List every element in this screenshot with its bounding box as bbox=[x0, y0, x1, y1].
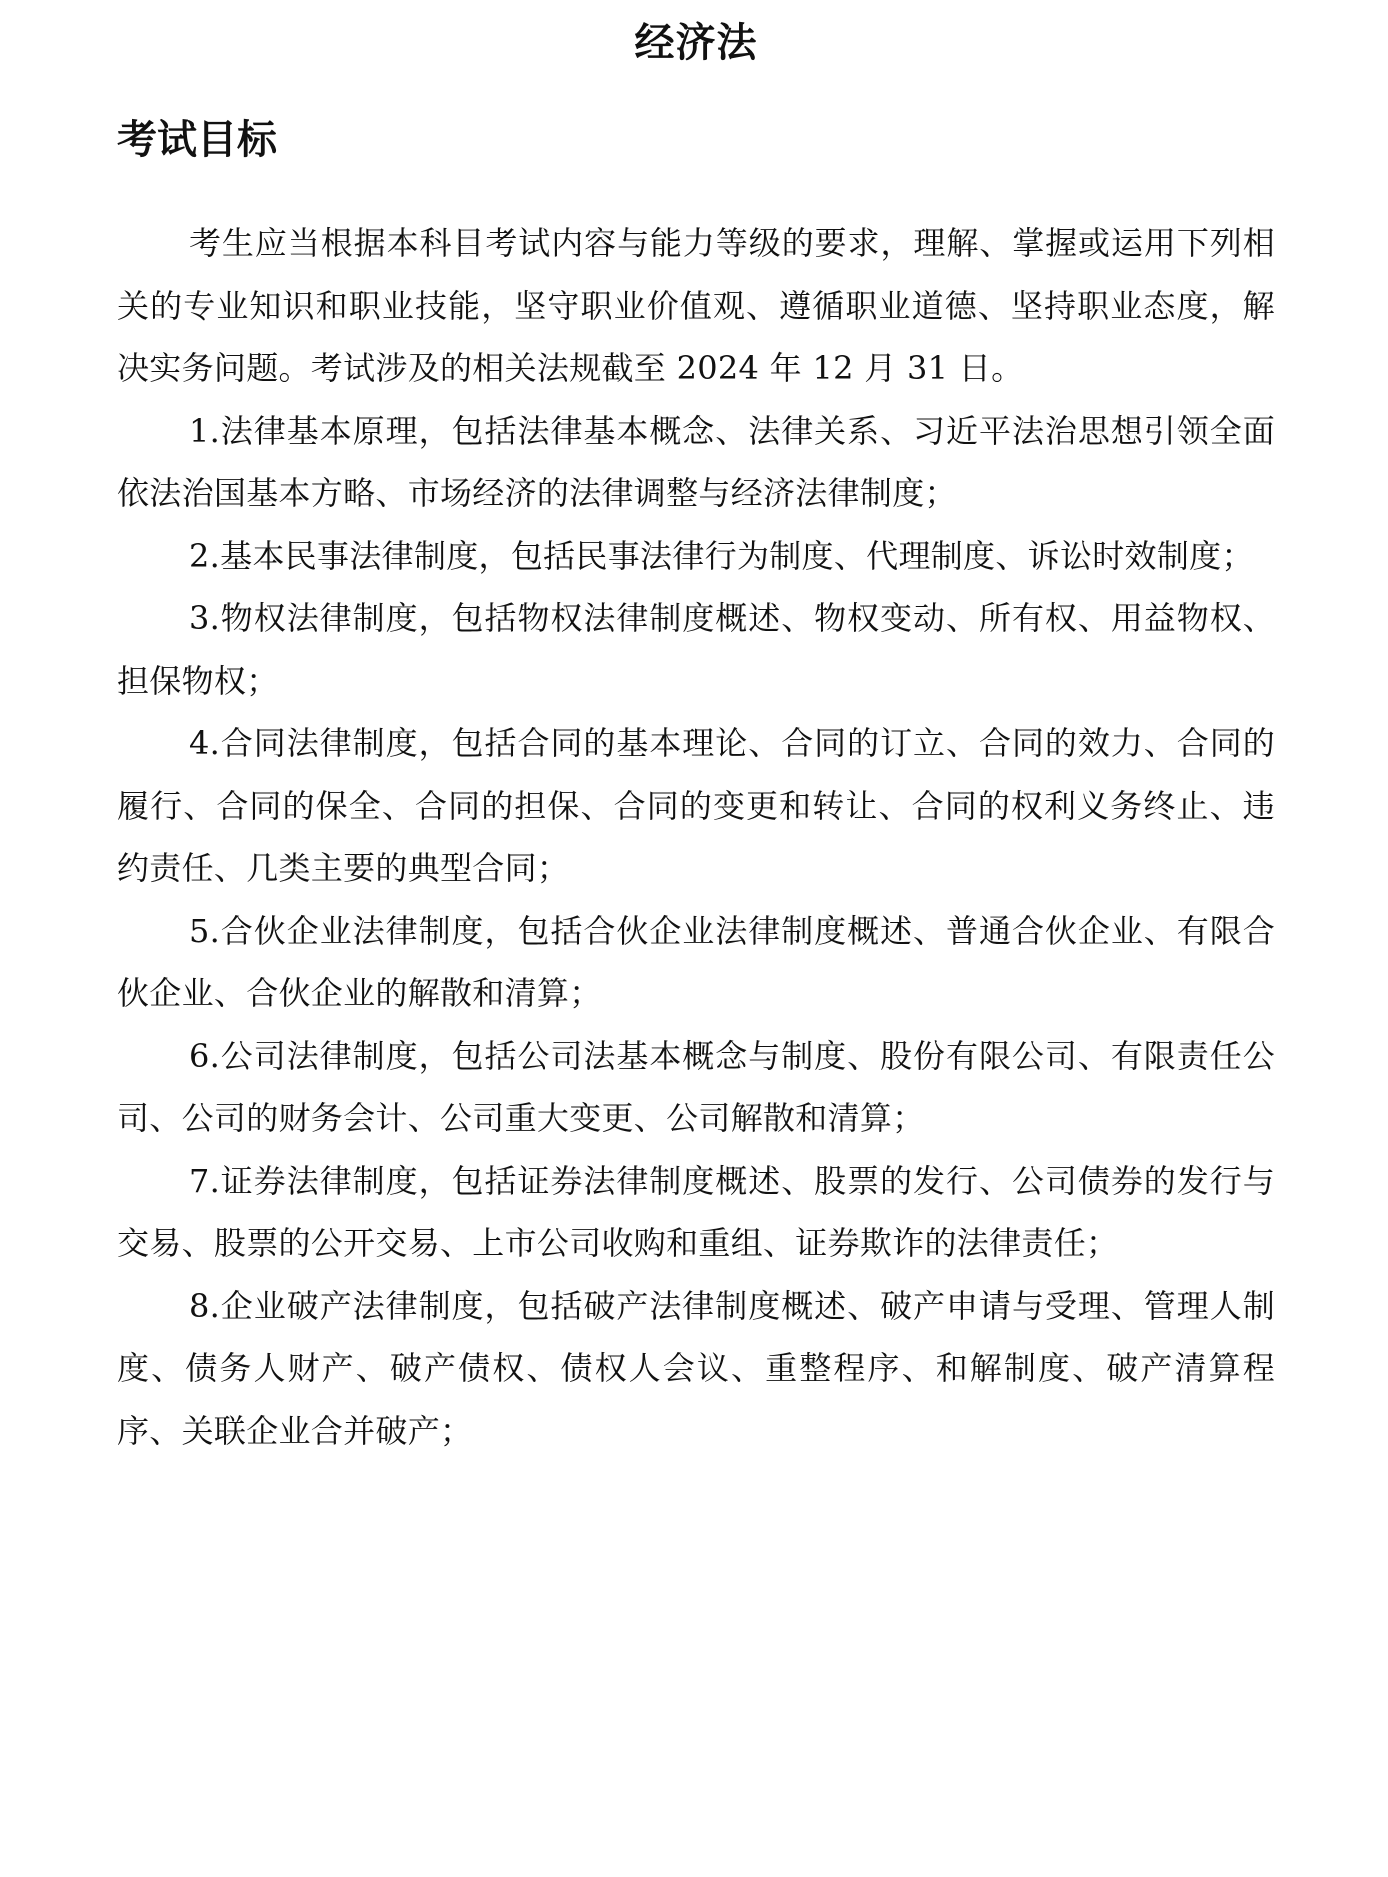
list-item-1: 1.法律基本原理，包括法律基本概念、法律关系、习近平法治思想引领全面依法治国基本… bbox=[117, 400, 1275, 525]
item-number: 2. bbox=[189, 537, 220, 575]
item-text: 证券法律制度，包括证券法律制度概述、股票的发行、公司债券的发行与交易、股票的公开… bbox=[117, 1162, 1275, 1263]
section-heading-exam-objectives: 考试目标 bbox=[117, 114, 277, 166]
list-item-6: 6.公司法律制度，包括公司法基本概念与制度、股份有限公司、有限责任公司、公司的财… bbox=[117, 1025, 1275, 1150]
item-number: 4. bbox=[189, 724, 220, 762]
list-item-8: 8.企业破产法律制度，包括破产法律制度概述、破产申请与受理、管理人制度、债务人财… bbox=[117, 1275, 1275, 1463]
item-number: 1. bbox=[189, 412, 220, 450]
item-number: 7. bbox=[189, 1162, 220, 1200]
list-item-4: 4.合同法律制度，包括合同的基本理论、合同的订立、合同的效力、合同的履行、合同的… bbox=[117, 712, 1275, 900]
item-text: 合伙企业法律制度，包括合伙企业法律制度概述、普通合伙企业、有限合伙企业、合伙企业… bbox=[117, 912, 1275, 1013]
item-text: 合同法律制度，包括合同的基本理论、合同的订立、合同的效力、合同的履行、合同的保全… bbox=[117, 724, 1275, 887]
document-body: 考生应当根据本科目考试内容与能力等级的要求，理解、掌握或运用下列相关的专业知识和… bbox=[117, 212, 1275, 1462]
item-text: 法律基本原理，包括法律基本概念、法律关系、习近平法治思想引领全面依法治国基本方略… bbox=[117, 412, 1275, 513]
item-text: 基本民事法律制度，包括民事法律行为制度、代理制度、诉讼时效制度； bbox=[220, 537, 1254, 575]
intro-paragraph: 考生应当根据本科目考试内容与能力等级的要求，理解、掌握或运用下列相关的专业知识和… bbox=[117, 212, 1275, 400]
item-number: 8. bbox=[189, 1287, 220, 1325]
list-item-7: 7.证券法律制度，包括证券法律制度概述、股票的发行、公司债券的发行与交易、股票的… bbox=[117, 1150, 1275, 1275]
document-title: 经济法 bbox=[117, 18, 1275, 68]
list-item-3: 3.物权法律制度，包括物权法律制度概述、物权变动、所有权、用益物权、担保物权； bbox=[117, 587, 1275, 712]
item-text: 企业破产法律制度，包括破产法律制度概述、破产申请与受理、管理人制度、债务人财产、… bbox=[117, 1287, 1275, 1450]
item-text: 公司法律制度，包括公司法基本概念与制度、股份有限公司、有限责任公司、公司的财务会… bbox=[117, 1037, 1275, 1138]
list-item-2: 2.基本民事法律制度，包括民事法律行为制度、代理制度、诉讼时效制度； bbox=[117, 525, 1275, 588]
item-number: 6. bbox=[189, 1037, 220, 1075]
list-item-5: 5.合伙企业法律制度，包括合伙企业法律制度概述、普通合伙企业、有限合伙企业、合伙… bbox=[117, 900, 1275, 1025]
item-number: 5. bbox=[189, 912, 220, 950]
item-number: 3. bbox=[189, 599, 220, 637]
item-text: 物权法律制度，包括物权法律制度概述、物权变动、所有权、用益物权、担保物权； bbox=[117, 599, 1275, 700]
